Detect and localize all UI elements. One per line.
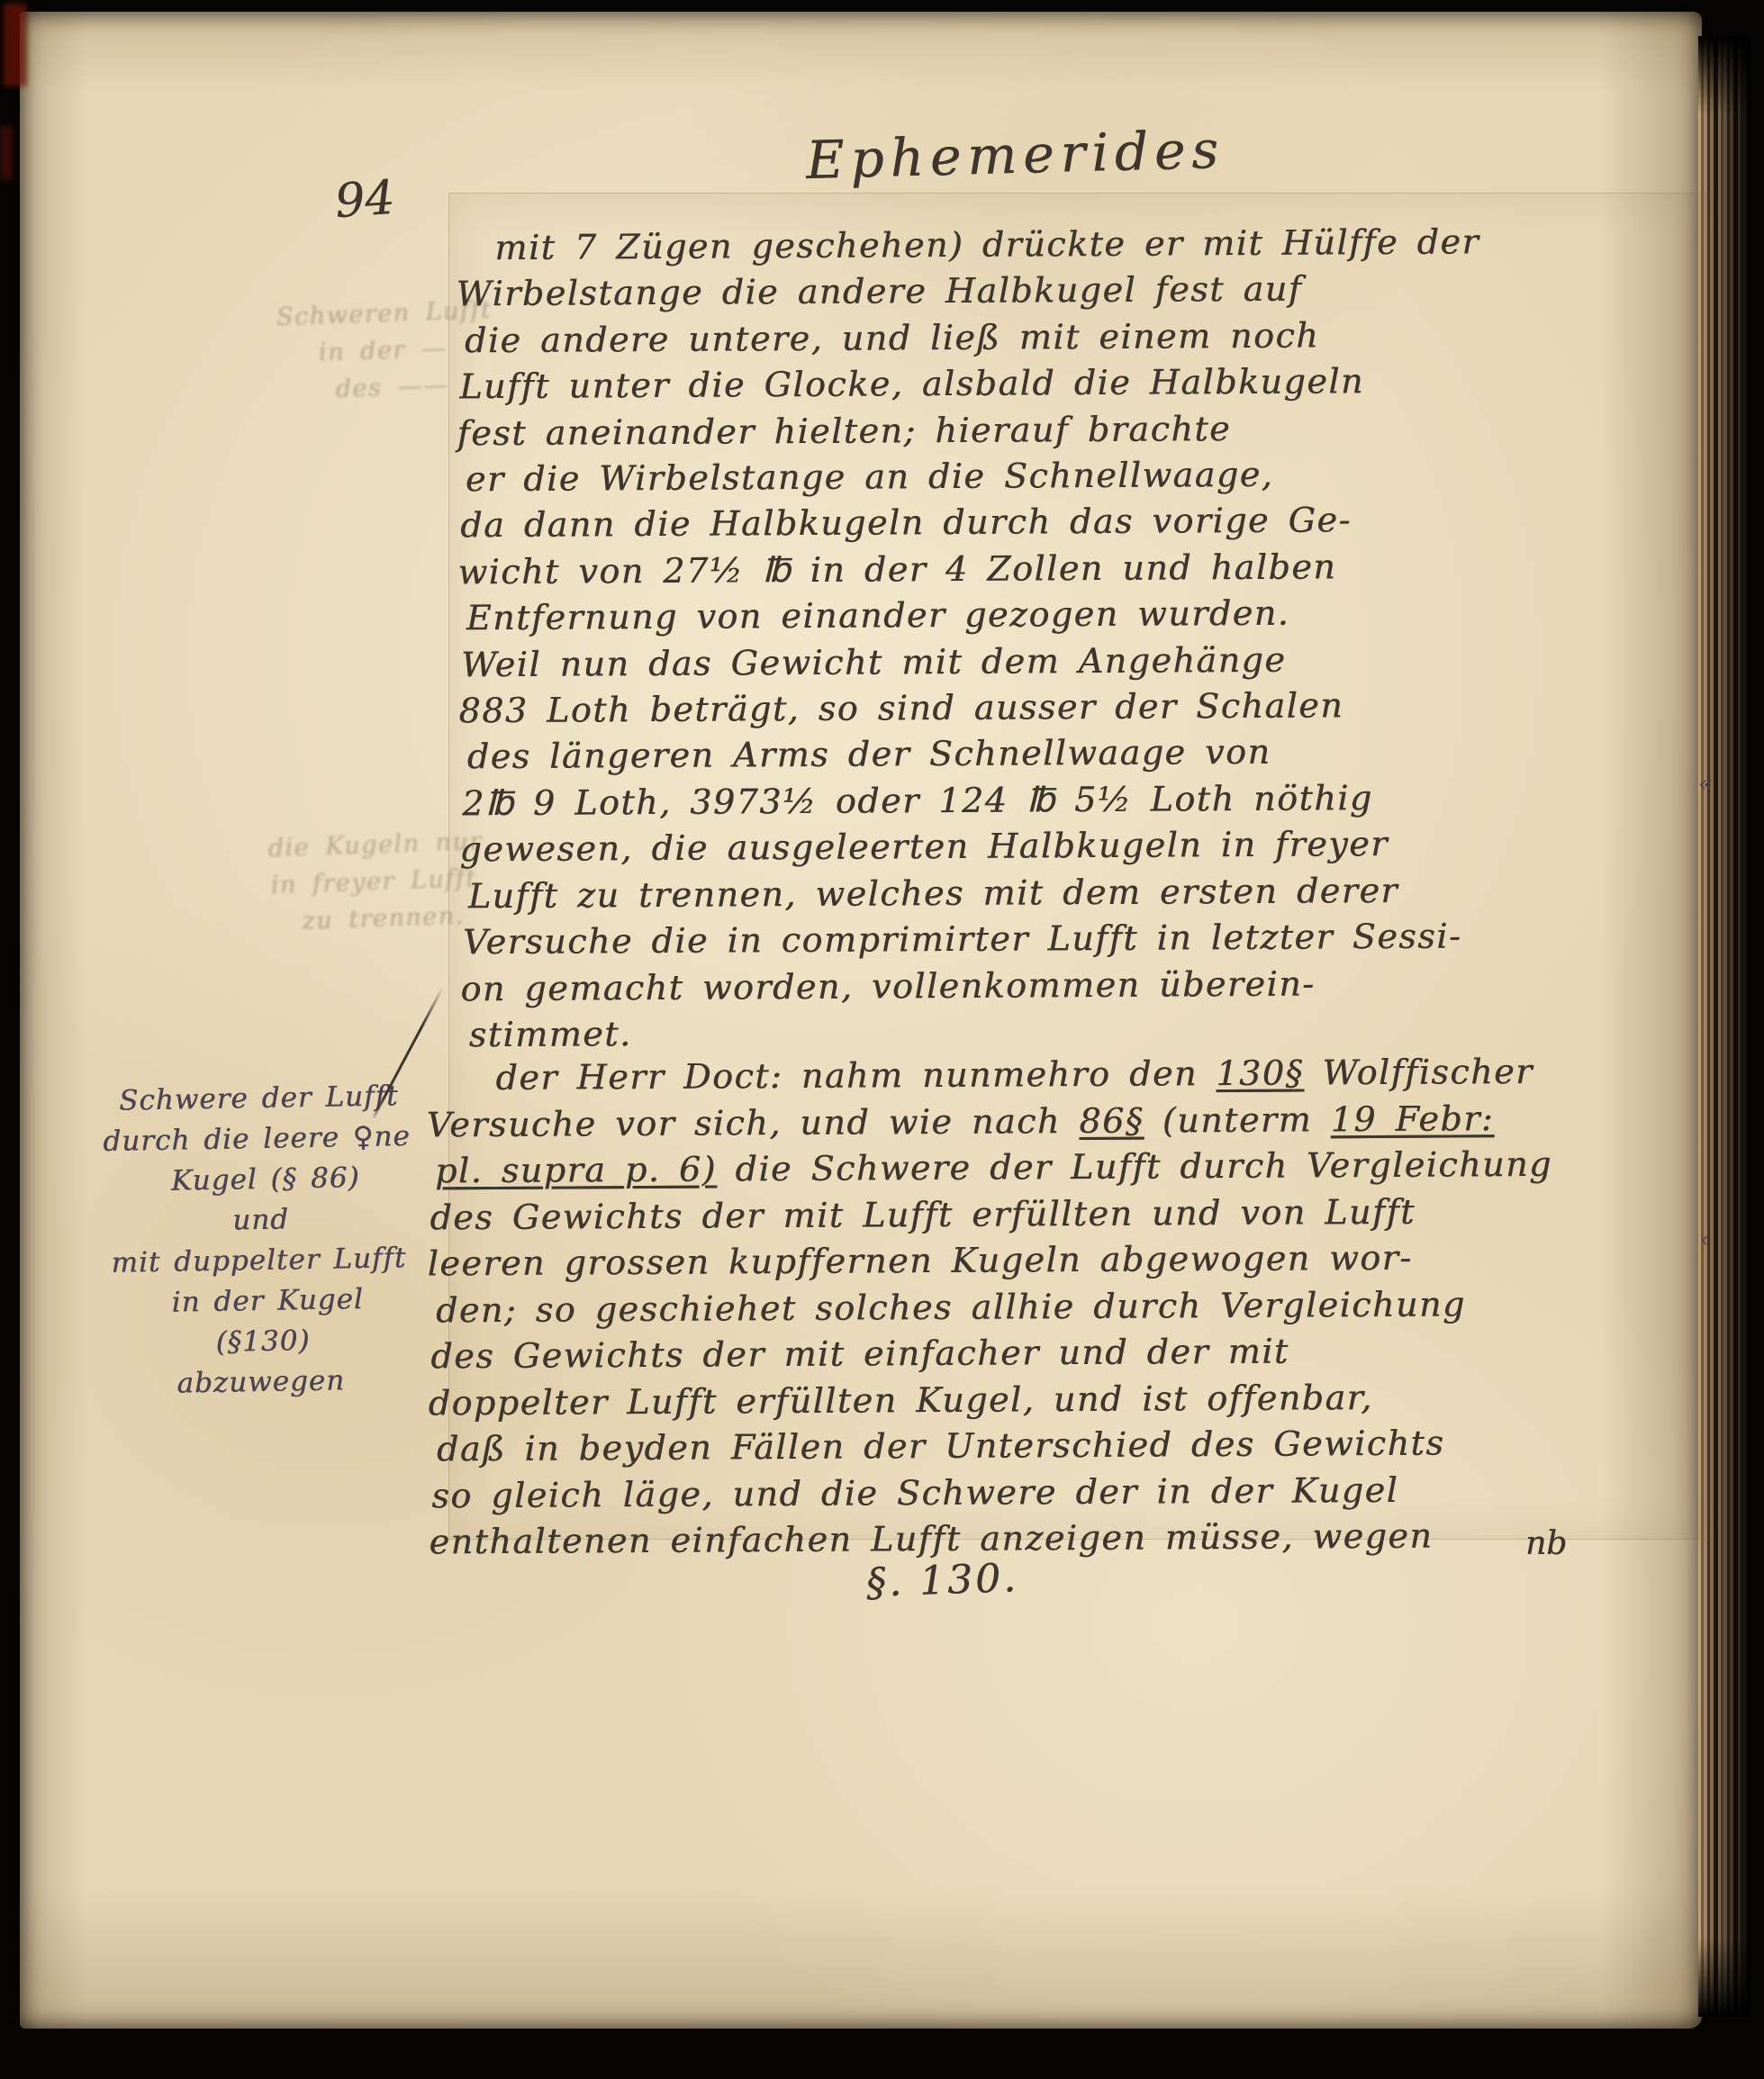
manuscript-line: Wirbelstange die andere Halbkugel fest a…: [457, 264, 1735, 318]
manuscript-paragraph-1: mit 7 Zügen geschehen) drückte er mit Hü…: [458, 218, 1742, 1059]
leather-red-mark: [4, 4, 27, 86]
manuscript-line: on gemacht worden, vollenkommen überein-: [460, 958, 1739, 1012]
manuscript-line: Lufft unter die Glocke, alsbald die Halb…: [459, 357, 1738, 411]
margin-note: Schwere der Lufftdurch die leere ♀neKuge…: [68, 1075, 455, 1406]
manuscript-line: des Gewichts der mit Lufft erfüllten und…: [430, 1187, 1737, 1241]
manuscript-line: des Gewichts der mit einfacher und der m…: [430, 1326, 1738, 1380]
manuscript-line: da dann die Halbkugeln durch das vorige …: [460, 495, 1739, 549]
manuscript-line: den; so geschiehet solches allhie durch …: [436, 1279, 1743, 1333]
manuscript-line: gewesen, die ausgeleerten Halbkugeln in …: [459, 819, 1738, 873]
manuscript-line: der Herr Doct: nahm nunmehro den 130§ Wo…: [429, 1048, 1736, 1102]
manuscript-line: Kugel (§ 86): [74, 1156, 457, 1203]
catchword: nb: [1525, 1525, 1567, 1562]
manuscript-line: die andere untere, und ließ mit einem no…: [465, 310, 1743, 364]
manuscript-scan: 94 Ephemerides Schweren Lufftin der —des…: [0, 0, 1764, 2079]
manuscript-line: des längeren Arms der Schnellwaage von: [467, 727, 1746, 781]
manuscript-line: (§130): [72, 1318, 455, 1365]
manuscript-line: und: [69, 1197, 452, 1243]
ink-speck: «: [1698, 771, 1713, 798]
manuscript-line: leeren grossen kupffernen Kugeln abgewog…: [428, 1234, 1735, 1288]
manuscript-line: Weil nun das Gewicht mit dem Angehänge: [461, 634, 1740, 688]
manuscript-line: Lufft zu trennen, welches mit dem ersten…: [468, 865, 1747, 919]
leather-red-mark: [0, 126, 13, 180]
manuscript-line: Entfernung von einander gezogen wurden.: [466, 588, 1745, 642]
manuscript-line: 883 Loth beträgt, so sind ausser der Sch…: [458, 681, 1737, 735]
manuscript-line: mit 7 Zügen geschehen) drückte er mit Hü…: [458, 218, 1737, 272]
page-header: Ephemerides: [805, 119, 1226, 191]
manuscript-line: Versuche vor sich, und wie nach 86§ (unt…: [427, 1094, 1734, 1148]
page-number: 94: [333, 171, 396, 229]
manuscript-line: doppelter Lufft erfüllten Kugel, und ist…: [428, 1372, 1735, 1426]
manuscript-line: er die Wirbelstange an die Schnellwaage,: [466, 449, 1744, 503]
manuscript-line: durch die leere ♀ne: [66, 1116, 448, 1162]
manuscript-line: mit duppelter Lufft: [68, 1237, 450, 1284]
section-footer: §. 130.: [865, 1555, 1019, 1606]
manuscript-line: in der Kugel: [77, 1278, 459, 1324]
manuscript-line: so gleich läge, und die Schwere der in d…: [431, 1465, 1739, 1519]
manuscript-line: pl. supra p. 6) die Schwere der Lufft du…: [435, 1141, 1742, 1195]
manuscript-line: Versuche die in comprimirter Lufft in le…: [463, 912, 1741, 966]
ink-speck: ‹: [1700, 1226, 1709, 1253]
manuscript-line: daß in beyden Fällen der Unterschied des…: [437, 1419, 1744, 1473]
manuscript-line: abzuwegen: [69, 1359, 452, 1406]
manuscript-line: fest aneinander hielten; hierauf brachte: [457, 402, 1735, 456]
manuscript-paragraph-2: der Herr Doct: nahm nunmehro den 130§ Wo…: [429, 1048, 1739, 1566]
manuscript-line: 2℔ 9 Loth, 3973½ oder 124 ℔ 5½ Loth nöth…: [462, 773, 1741, 827]
manuscript-line: wicht von 27½ ℔ in der 4 Zollen und halb…: [457, 542, 1736, 596]
